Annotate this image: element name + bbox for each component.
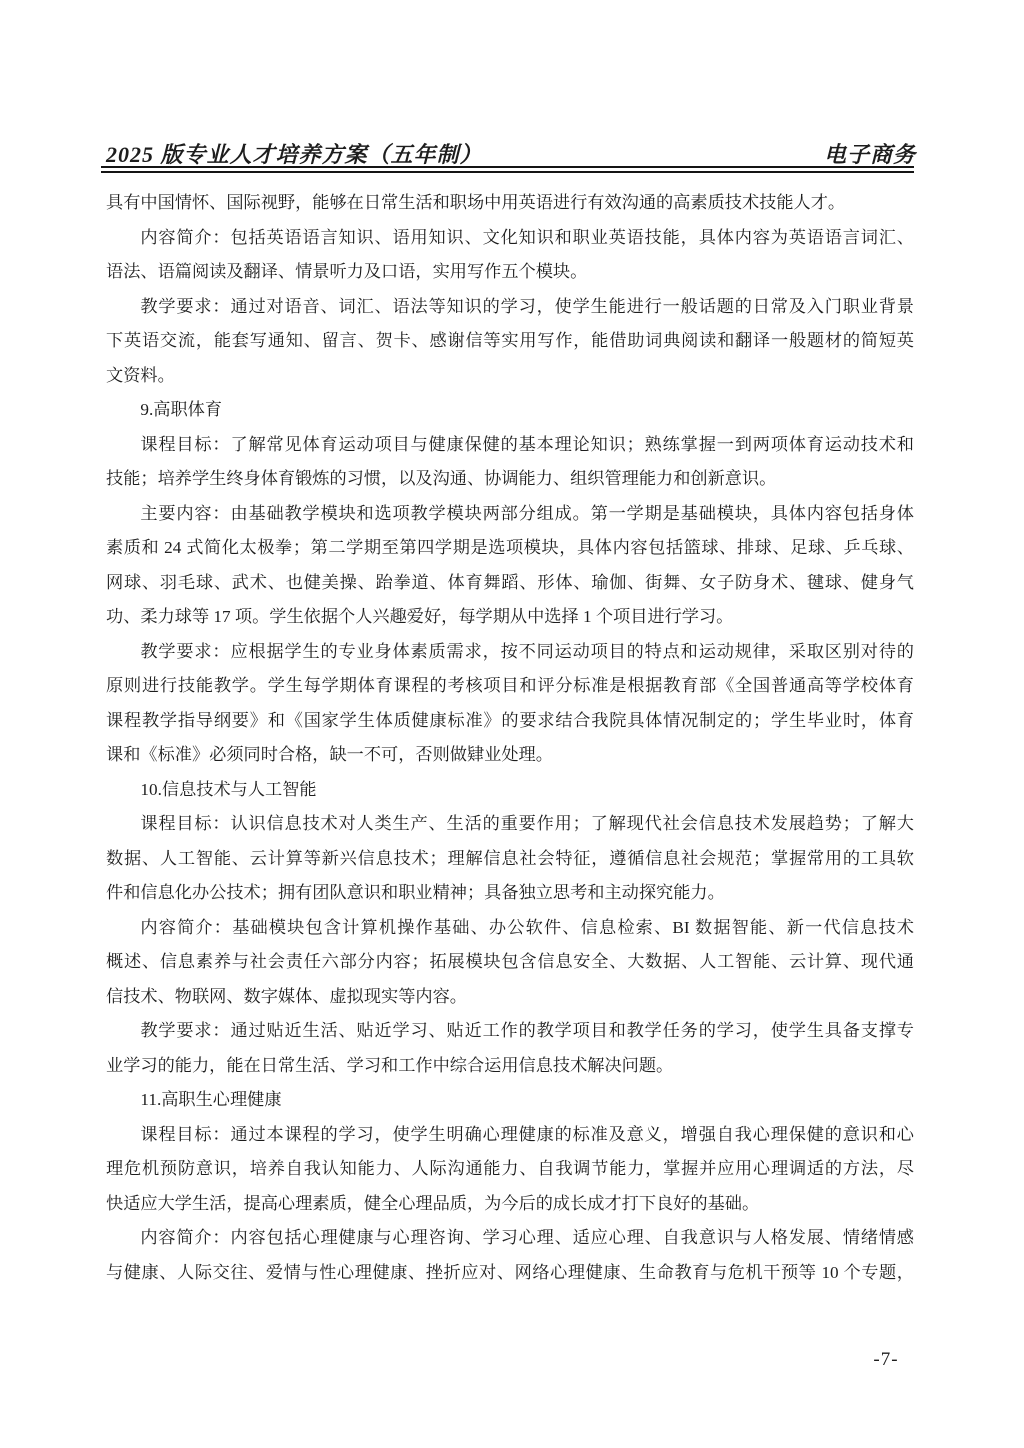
page-number: -7- [852, 1349, 920, 1371]
document-page: 2025 版专业人才培养方案（五年制） 电子商务 具有中国情怀、国际视野，能够在… [0, 0, 1024, 1448]
section-heading: 11.高职生心理健康 [106, 1083, 914, 1118]
text-line: 件和信息化办公技术；拥有团队意识和职业精神；具备独立思考和主动探究能力。 [106, 876, 914, 911]
text-line: 内容简介：包括英语语言知识、语用知识、文化知识和职业英语技能，具体内容为英语语言… [106, 221, 914, 256]
text-line: 文资料。 [106, 359, 914, 394]
text-line: 教学要求：应根据学生的专业身体素质需求，按不同运动项目的特点和运动规律，采取区别… [106, 635, 914, 670]
document-body: 具有中国情怀、国际视野，能够在日常生活和职场中用英语进行有效沟通的高素质技术技能… [106, 186, 914, 1290]
text-line: 内容简介：基础模块包含计算机操作基础、办公软件、信息检索、BI 数据智能、新一代… [106, 911, 914, 946]
text-line: 主要内容：由基础教学模块和选项教学模块两部分组成。第一学期是基础模块，具体内容包… [106, 497, 914, 532]
header-right-title: 电子商务 [824, 138, 916, 169]
text-line: 教学要求：通过对语音、词汇、语法等知识的学习，使学生能进行一般话题的日常及入门职… [106, 290, 914, 325]
section-heading: 10.信息技术与人工智能 [106, 773, 914, 808]
text-line: 原则进行技能教学。学生每学期体育课程的考核项目和评分标准是根据教育部《全国普通高… [106, 669, 914, 704]
header-left-title: 2025 版专业人才培养方案（五年制） [106, 138, 483, 169]
text-line: 教学要求：通过贴近生活、贴近学习、贴近工作的教学项目和教学任务的学习，使学生具备… [106, 1014, 914, 1049]
text-line: 业学习的能力，能在日常生活、学习和工作中综合运用信息技术解决问题。 [106, 1049, 914, 1084]
text-line: 课程目标：认识信息技术对人类生产、生活的重要作用；了解现代社会信息技术发展趋势；… [106, 807, 914, 842]
header-double-rule [101, 166, 914, 173]
text-line: 与健康、人际交往、爱情与性心理健康、挫折应对、网络心理健康、生命教育与危机干预等… [106, 1256, 914, 1291]
text-line: 理危机预防意识，培养自我认知能力、人际沟通能力、自我调节能力，掌握并应用心理调适… [106, 1152, 914, 1187]
text-line: 课程目标：了解常见体育运动项目与健康保健的基本理论知识；熟练掌握一到两项体育运动… [106, 428, 914, 463]
text-line: 概述、信息素养与社会责任六部分内容；拓展模块包含信息安全、大数据、人工智能、云计… [106, 945, 914, 980]
page-header: 2025 版专业人才培养方案（五年制） 电子商务 [106, 138, 916, 169]
text-line: 网球、羽毛球、武术、也健美操、跆拳道、体育舞蹈、形体、瑜伽、街舞、女子防身术、毽… [106, 566, 914, 601]
text-line: 课和《标准》必须同时合格，缺一不可，否则做肄业处理。 [106, 738, 914, 773]
text-line: 数据、人工智能、云计算等新兴信息技术；理解信息社会特征，遵循信息社会规范；掌握常… [106, 842, 914, 877]
text-line: 技能；培养学生终身体育锻炼的习惯，以及沟通、协调能力、组织管理能力和创新意识。 [106, 462, 914, 497]
text-line: 功、柔力球等 17 项。学生依据个人兴趣爱好，每学期从中选择 1 个项目进行学习… [106, 600, 914, 635]
text-line: 素质和 24 式简化太极拳；第二学期至第四学期是选项模块，具体内容包括篮球、排球… [106, 531, 914, 566]
text-line: 课程目标：通过本课程的学习，使学生明确心理健康的标准及意义，增强自我心理保健的意… [106, 1118, 914, 1153]
text-line: 下英语交流，能套写通知、留言、贺卡、感谢信等实用写作，能借助词典阅读和翻译一般题… [106, 324, 914, 359]
text-line: 信技术、物联网、数字媒体、虚拟现实等内容。 [106, 980, 914, 1015]
text-line: 语法、语篇阅读及翻译、情景听力及口语，实用写作五个模块。 [106, 255, 914, 290]
text-line: 内容简介：内容包括心理健康与心理咨询、学习心理、适应心理、自我意识与人格发展、情… [106, 1221, 914, 1256]
text-line: 具有中国情怀、国际视野，能够在日常生活和职场中用英语进行有效沟通的高素质技术技能… [106, 186, 914, 221]
text-line: 快适应大学生活，提高心理素质，健全心理品质，为今后的成长成才打下良好的基础。 [106, 1187, 914, 1222]
text-line: 课程教学指导纲要》和《国家学生体质健康标准》的要求结合我院具体情况制定的；学生毕… [106, 704, 914, 739]
section-heading: 9.高职体育 [106, 393, 914, 428]
